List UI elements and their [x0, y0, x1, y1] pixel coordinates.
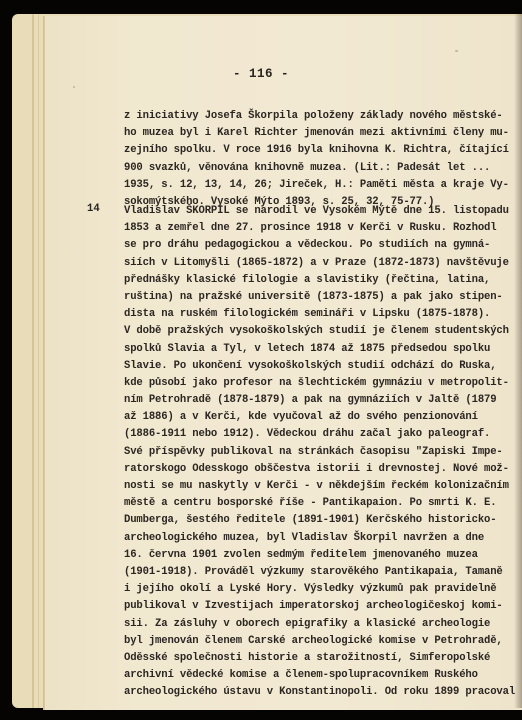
text-line: nosti se mu naskytly v Kerči - v někdejš…	[124, 478, 504, 495]
text-line: Oděsské společnosti historie a starožitn…	[124, 650, 504, 667]
text-line: sii. Za zásluhy v oborech epigrafiky a k…	[124, 616, 504, 633]
text-line: až 1886) a v Kerči, kde vyučoval až do s…	[124, 409, 504, 426]
footnote-number: 14	[87, 203, 100, 215]
text-line: Dumberga, šestého ředitele (1891-1901) K…	[124, 512, 504, 529]
paper-speck	[73, 86, 75, 88]
text-line: archeologického ústavu v Konstantinopoli…	[124, 684, 504, 701]
text-line: zejního spolku. V roce 1916 byla knihovn…	[124, 142, 504, 159]
text-line: spolků Slavia a Tyl, v letech 1874 až 18…	[124, 341, 504, 358]
page-shadow	[514, 14, 522, 708]
text-line: archeologického muzea, byl Vladislav Ško…	[124, 530, 504, 547]
text-line: byl jmenován členem Carské archeologické…	[124, 633, 504, 650]
text-line: Slavie. Po ukončení vysokoškolských stud…	[124, 358, 504, 375]
text-line: (1886-1911 nebo 1912). Vědeckou dráhu za…	[124, 426, 504, 443]
text-line: ho muzea byl i Karel Richter jmenován me…	[124, 125, 504, 142]
text-line: ratorskogo Odesskogo obščestva istorii i…	[124, 461, 504, 478]
text-line: 900 svazků, věnována knihovně muzea. (Li…	[124, 160, 504, 177]
footnote-text: Vladislav ŠKORPIL se narodil ve Vysokém …	[124, 203, 504, 701]
text-line: kde působí jako profesor na šlechtickém …	[124, 375, 504, 392]
page-edge	[38, 14, 39, 708]
page-number: - 116 -	[0, 67, 522, 81]
text-line: V době pražských vysokoškolských studií …	[124, 323, 504, 340]
text-line: siích v Litomyšli (1865-1872) a v Praze …	[124, 255, 504, 272]
text-line: i jejího okolí a Lyské Hory. Výsledky vý…	[124, 581, 504, 598]
paper-speck	[455, 50, 458, 52]
text-line: Vladislav ŠKORPIL se narodil ve Vysokém …	[124, 203, 504, 220]
paragraph-continuation: z iniciativy Josefa Škorpila položeny zá…	[124, 108, 504, 211]
text-line: přednášky klasické filologie a slavistik…	[124, 272, 504, 289]
page-edge	[32, 14, 34, 708]
text-line: městě a centru bosporské říše - Pantikap…	[124, 495, 504, 512]
text-line: (1901-1918). Prováděl výzkumy starověkéh…	[124, 564, 504, 581]
text-line: archivní vědecké komise a členem-spolupr…	[124, 667, 504, 684]
text-line: 1853 a zemřel dne 27. prosince 1918 v Ke…	[124, 220, 504, 237]
text-line: ním Petrohradě (1878-1879) a pak na gymn…	[124, 392, 504, 409]
text-line: publikoval v Izvestijach imperatorskoj a…	[124, 598, 504, 615]
text-line: se pro dráhu pedagogickou a vědeckou. Po…	[124, 237, 504, 254]
text-line: dista na ruském filologickém semináři v …	[124, 306, 504, 323]
text-line: z iniciativy Josefa Škorpila položeny zá…	[124, 108, 504, 125]
text-line: 16. června 1901 zvolen sedmým ředitelem …	[124, 547, 504, 564]
text-line: 1935, s. 12, 13, 14, 26; Jireček, H.: Pa…	[124, 177, 504, 194]
text-line: Své příspěvky publikoval na stránkách ča…	[124, 444, 504, 461]
text-line: ruština) na pražské universitě (1873-187…	[124, 289, 504, 306]
